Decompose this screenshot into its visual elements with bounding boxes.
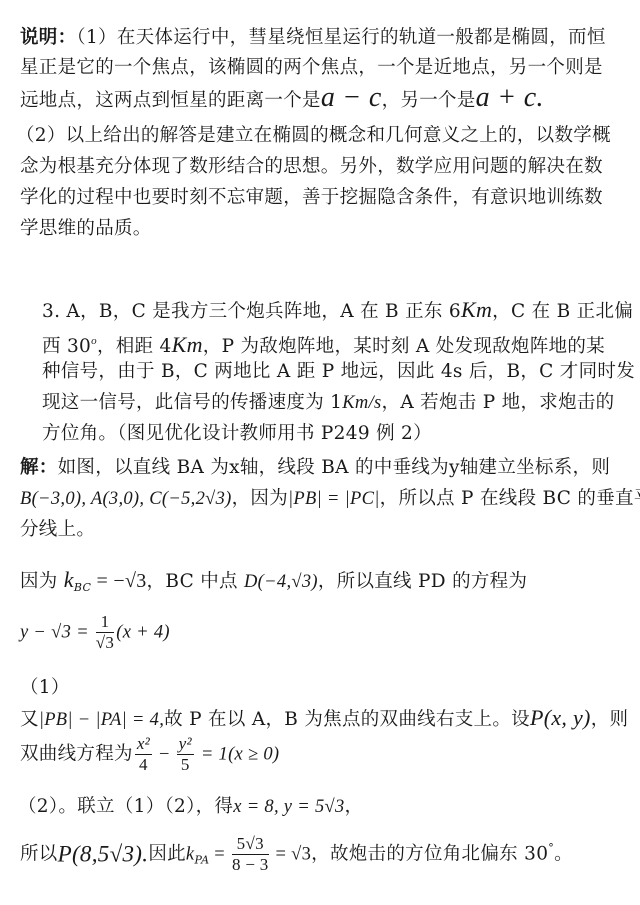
note-p2-line-3: 学化的过程中也要时刻不忘审题，善于挖掘隐含条件，有意识地训练数 bbox=[20, 186, 630, 210]
solution-line-4: 因为 kBC = −√3，BC 中点 D(−4,√3)，所以直线 PD 的方程为 bbox=[20, 568, 630, 600]
note-label: 说明： bbox=[20, 27, 76, 48]
solution-line-8: 所以P(8,5√3).因此kPA = 5√38 − 3 = √3，故炮击的方位角… bbox=[20, 834, 630, 884]
mark-1: （1） bbox=[20, 676, 630, 700]
note-line-2: 星正是它的一个焦点，该椭圆的两个焦点，一个是近地点，另一个则是 bbox=[20, 56, 630, 80]
note-p2-line-4: 学思维的品质。 bbox=[20, 217, 630, 241]
math-a-plus-c: a + c. bbox=[476, 82, 544, 113]
note-p2-line-2: 念为根基充分体现了数形结合的思想。另外，数学应用问题的解决在数 bbox=[20, 155, 630, 179]
problem-line-5: 方位角。（图见优化设计教师用书 P249 例 2） bbox=[42, 422, 640, 446]
note-line-3: 远地点，这两点到恒星的距离一个是a − c，另一个是a + c. bbox=[20, 86, 630, 113]
solution-line-3: 分线上。 bbox=[20, 518, 630, 542]
solution-line-7: （2）。联立（1）（2），得x = 8, y = 5√3， bbox=[18, 795, 628, 819]
solution-line-5: 又|PB| − |PA| = 4,故 P 在以 A，B 为焦点的双曲线右支上。设… bbox=[20, 706, 630, 732]
math-a-minus-c: a − c bbox=[321, 82, 382, 113]
problem-line-3: 种信号，由于 B，C 两地比 A 距 P 地远，因此 4s 后，B，C 才同时发 bbox=[42, 360, 640, 384]
problem-line-2: 西 30o，相距 4Km，P 为敌炮阵地，某时刻 A 处发现敌炮阵地的某 bbox=[42, 329, 640, 359]
equation-pd: y − √3 = 1√3(x + 4) bbox=[20, 612, 630, 662]
fraction: 1√3 bbox=[96, 612, 114, 653]
solution-label: 解： bbox=[20, 457, 58, 478]
note-line-1: 说明：（1）在天体运行中，彗星绕恒星运行的轨道一般都是椭圆，而恒 bbox=[20, 26, 630, 50]
problem-line-1: 3. A，B，C 是我方三个炮兵阵地，A 在 B 正东 6Km，C 在 B 正北… bbox=[42, 298, 640, 324]
problem-line-4: 现这一信号，此信号的传播速度为 1Km/s，A 若炮击 P 地，求炮击的 bbox=[42, 391, 640, 415]
solution-line-2: B(−3,0), A(3,0), C(−5,2√3)，因为|PB| = |PC|… bbox=[20, 487, 630, 511]
solution-line-1: 解：如图，以直线 BA 为x轴，线段 BA 的中垂线为y轴建立坐标系，则 bbox=[20, 456, 630, 480]
equation-hyperbola: 双曲线方程为x²4 − y²5 = 1(x ≥ 0) bbox=[20, 734, 630, 780]
note-p2-line-1: （2）以上给出的解答是建立在椭圆的概念和几何意义之上的，以数学概 bbox=[16, 124, 626, 148]
